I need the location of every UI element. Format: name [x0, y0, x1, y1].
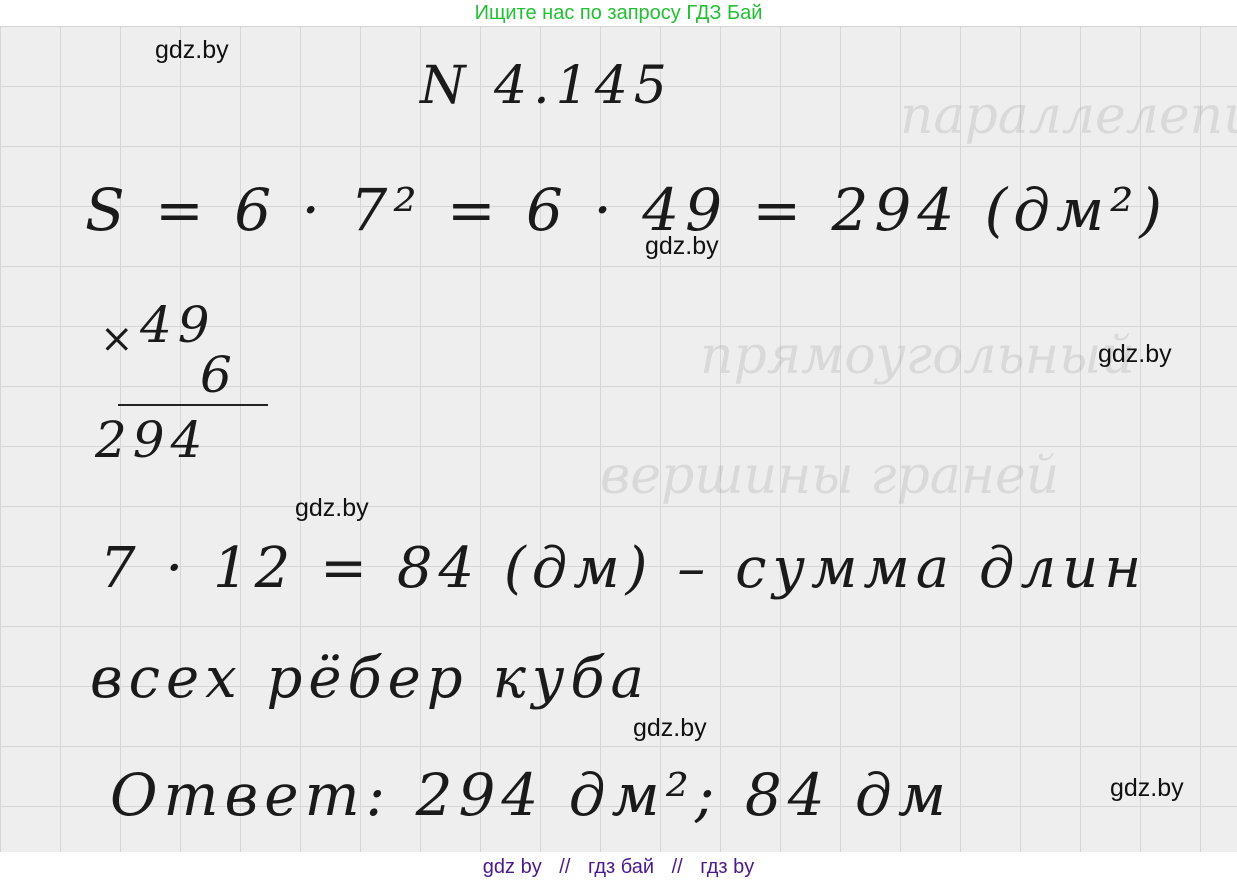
footer-link-gdz-by-alt[interactable]: гдз by [700, 856, 754, 878]
bleed-through-text: прямоугольный [700, 326, 1135, 386]
answer-line: Ответ: 294 дм²; 84 дм [110, 761, 952, 829]
multiply-line [118, 404, 268, 406]
problem-number: N 4.145 [420, 56, 673, 116]
bleed-through-text: вершины граней [600, 446, 1059, 506]
watermark: gdz.by [155, 36, 229, 65]
footer-links: gdz by // гдз бай // гдз by [0, 852, 1237, 882]
watermark: gdz.by [1110, 774, 1184, 803]
watermark: gdz.by [295, 494, 369, 523]
edges-sum-line: 7 · 12 = 84 (дм) – сумма длин [100, 536, 1147, 601]
footer-link-gdz-by[interactable]: gdz by [483, 856, 542, 878]
surface-area-formula: S = 6 · 7² = 6 · 49 = 294 (дм²) [85, 176, 1168, 244]
notebook-page: параллелепипед прямоугольный вершины гра… [0, 26, 1237, 852]
footer-separator: // [672, 856, 683, 878]
search-hint-banner[interactable]: Ищите нас по запросу ГДЗ Бай [0, 0, 1237, 26]
edges-sum-continuation: всех рёбер куба [90, 646, 650, 711]
watermark: gdz.by [645, 232, 719, 261]
multiply-bottom: 6 [200, 346, 238, 404]
footer-separator: // [559, 856, 570, 878]
multiply-sign: × [100, 316, 140, 362]
watermark: gdz.by [1098, 340, 1172, 369]
watermark: gdz.by [633, 714, 707, 743]
footer-link-gdz-bai[interactable]: гдз бай [588, 856, 654, 878]
bleed-through-text: параллелепипед [900, 86, 1237, 146]
multiply-result: 294 [95, 411, 208, 469]
